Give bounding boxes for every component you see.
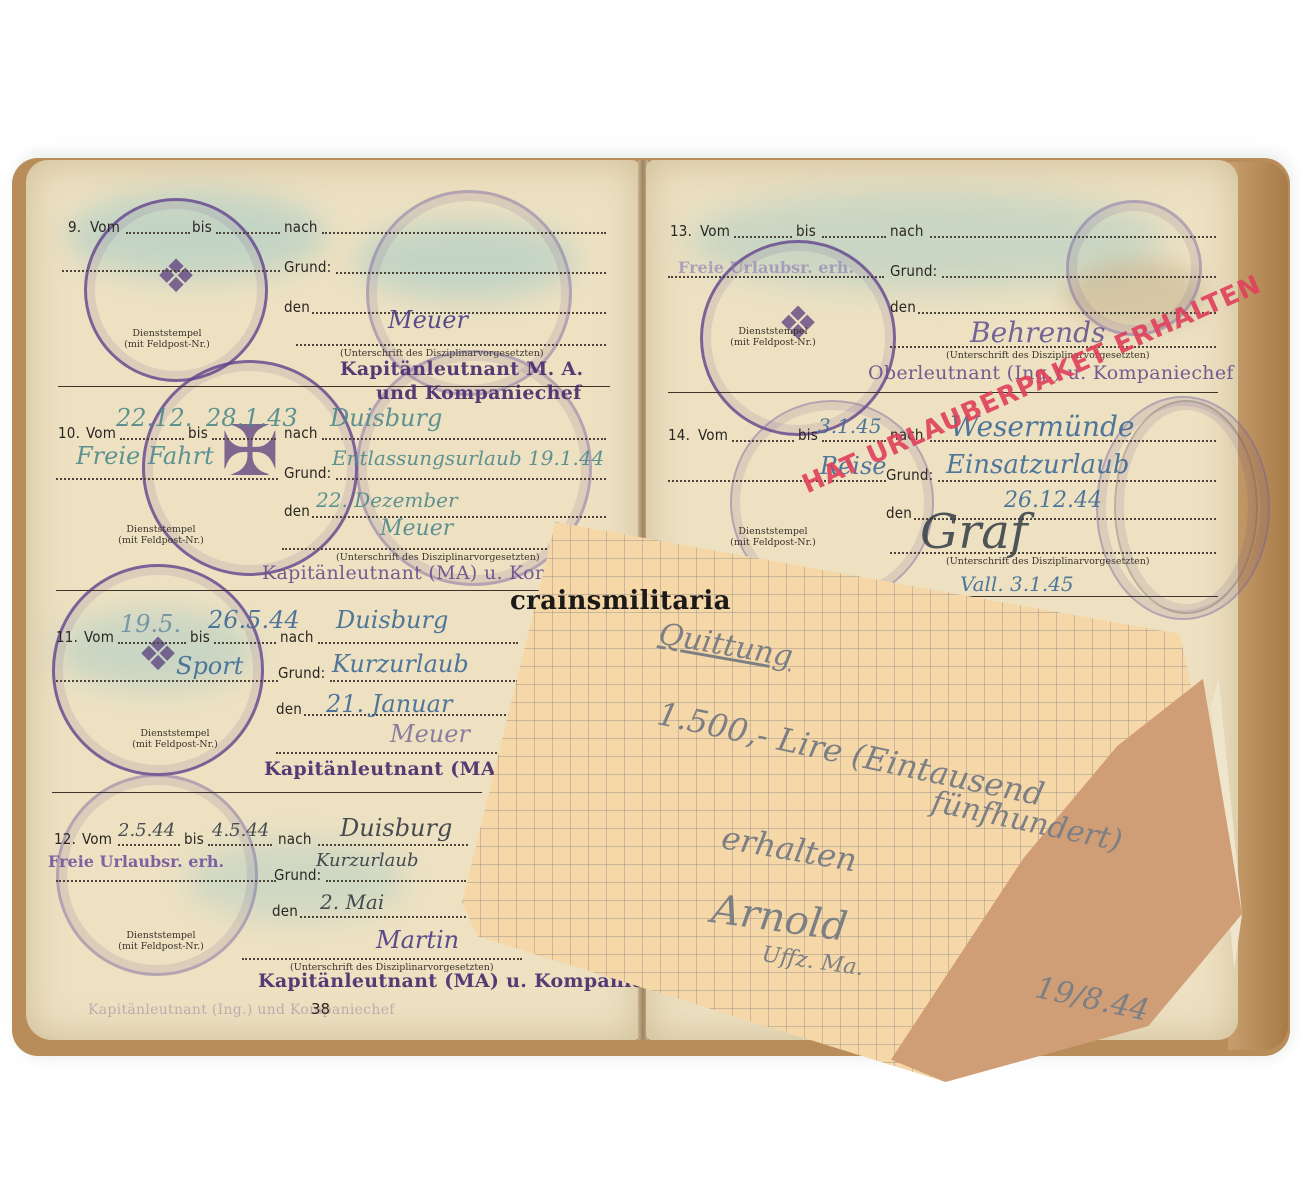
entry-12-vom-value: 2.5.44 — [118, 820, 175, 841]
entry-9-den-label: den — [284, 298, 310, 316]
entry-12-den-field — [300, 916, 466, 918]
entry-11-den-label: den — [276, 700, 302, 718]
entry-10-den-field — [312, 516, 606, 518]
entry-9-rank-stamp-line2: und Kompaniechef — [376, 382, 582, 404]
entry-9-grund-field — [336, 272, 606, 274]
entry-9-number: 9. — [68, 218, 81, 236]
entry-11-den-value: 21. Januar — [326, 690, 452, 718]
entry-14-den-label: den — [886, 504, 912, 522]
entry-12-stamp-caption: Dienststempel(mit Feldpost-Nr.) — [106, 930, 216, 952]
entry-12-bis-value: 4.5.44 — [212, 820, 269, 841]
entry-12-rank-stamp: Kapitänleutnant (MA) u. Kompaniechef — [258, 970, 691, 992]
entry-11-vom-field — [118, 642, 186, 644]
entry-10-signature-field — [282, 548, 606, 550]
entry-12-grund-value: Kurzurlaub — [316, 850, 419, 871]
entry-13-extra-stamp: Freie Urlaubsr. erh. — [678, 258, 854, 277]
faint-offset-stamp: Kapitänleutnant (Ing.) und Kompaniechef — [88, 1002, 395, 1018]
entry-10-vom-value: 22.12. — [116, 404, 192, 432]
entry-13-grund-field — [942, 276, 1216, 278]
entry-11-number: 11. — [56, 628, 78, 646]
entry-10-bis-field — [212, 438, 276, 440]
entry-13-signature-field — [890, 346, 1216, 348]
entry-11-rank-stamp: Kapitänleutnant (MA) u. Kompaniechef — [264, 758, 697, 780]
entry-10-nach-field — [322, 438, 606, 440]
entry-11-signature: Meuer — [390, 720, 470, 748]
entry-11-bis-field — [214, 642, 276, 644]
entry-10-stamp-caption: Dienststempel(mit Feldpost-Nr.) — [106, 524, 216, 546]
entry-14-vom-label: Vom — [698, 426, 728, 444]
entry-11-grund-field — [330, 680, 518, 682]
eagle-emblem-icon: ❖ — [155, 249, 196, 303]
entry-9-rank-stamp: Kapitänleutnant M. A. — [340, 358, 583, 380]
entry-14-signature-caption: (Unterschrift des Disziplinarvorgesetzte… — [946, 556, 1150, 567]
entry-14-vom-field — [732, 440, 794, 442]
entry-10-grund-label: Grund: — [284, 464, 331, 482]
entry-9-nach-field — [322, 232, 606, 234]
entry-10-number: 10. — [58, 424, 80, 442]
entry-12-extra-stamp: Freie Urlaubsr. erh. — [48, 852, 224, 871]
entry-9-extra-field — [62, 270, 280, 272]
page-number: 38 — [311, 1000, 330, 1018]
entry-13-grund-label: Grund: — [890, 262, 937, 280]
entry-14-bis-label: bis — [798, 426, 818, 444]
entry-12-grund-field — [326, 880, 466, 882]
entry-9-bis-label: bis — [192, 218, 212, 236]
entry-10-vom-field — [120, 438, 184, 440]
entry-10-vom-label: Vom — [86, 424, 116, 442]
entry-12-signature: Martin — [376, 926, 459, 954]
entry-9-signature-field — [296, 344, 606, 346]
entry-13-bis-label: bis — [796, 222, 816, 240]
entry-separator — [52, 792, 482, 793]
entry-11-extra-value: Sport — [176, 652, 243, 680]
entry-14-grund-label: Grund: — [886, 466, 933, 484]
entry-14-grund-value: Einsatzurlaub — [946, 450, 1129, 480]
entry-12-signature-field — [242, 958, 522, 960]
entry-11-vom-value: 19.5. — [120, 610, 181, 638]
entry-13-bis-field — [822, 236, 886, 238]
entry-12-vom-field — [118, 844, 180, 846]
entry-10-grund-value: Entlassungsurlaub 19.1.44 — [332, 446, 604, 470]
entry-12-den-label: den — [272, 902, 298, 920]
entry-11-nach-value: Duisburg — [336, 606, 448, 634]
entry-13-nach-label: nach — [890, 222, 924, 240]
entry-10-nach-value: Duisburg — [330, 404, 442, 432]
entry-9-nach-label: nach — [284, 218, 318, 236]
entry-11-grund-value: Kurzurlaub — [332, 650, 469, 678]
entry-14-stamp-caption: Dienststempel(mit Feldpost-Nr.) — [718, 526, 828, 548]
entry-13-extra-field — [668, 276, 884, 278]
entry-10-signature: Meuer — [380, 516, 453, 541]
entry-11-vom-label: Vom — [84, 628, 114, 646]
entry-10-rank-stamp: Kapitänleutnant (MA) u. Kompaniechef — [262, 562, 650, 584]
right-page: ❖ — [646, 160, 1238, 1040]
entry-separator — [668, 392, 1218, 393]
entry-12-number: 12. — [54, 830, 76, 848]
entry-10-extra-value: Freie Fahrt — [76, 442, 214, 470]
entry-10-den-label: den — [284, 502, 310, 520]
entry-12-extra-field — [56, 880, 276, 882]
entry-12-grund-label: Grund: — [274, 866, 321, 884]
entry-10-extra-field — [56, 478, 278, 480]
entry-13-vom-field — [734, 236, 792, 238]
entry-12-den-value: 2. Mai — [320, 890, 384, 914]
entry-12-vom-label: Vom — [82, 830, 112, 848]
entry-11-extra-field — [56, 680, 278, 682]
official-stamp — [1114, 400, 1258, 614]
entry-12-bis-label: bis — [184, 830, 204, 848]
entry-14-bis-value: 3.1.45 — [818, 414, 882, 438]
entry-11-stamp-caption: Dienststempel(mit Feldpost-Nr.) — [120, 728, 230, 750]
entry-11-bis-label: bis — [190, 628, 210, 646]
entry-10-den-value: 22. Dezember — [316, 488, 458, 512]
entry-13-stamp-caption: Dienststempel(mit Feldpost-Nr.) — [718, 326, 828, 348]
entry-14-validation-note: Vall. 3.1.45 — [960, 572, 1074, 596]
entry-9-bis-field — [216, 232, 280, 234]
entry-10-bis-label: bis — [188, 424, 208, 442]
entry-9-vom-label: Vom — [90, 218, 120, 236]
entry-14-number: 14. — [668, 426, 690, 444]
entry-11-nach-field — [318, 642, 518, 644]
entry-10-grund-field — [336, 478, 606, 480]
entry-13-nach-field — [930, 236, 1216, 238]
entry-9-grund-label: Grund: — [284, 258, 331, 276]
entry-12-nach-field — [318, 844, 468, 846]
entry-13-vom-label: Vom — [700, 222, 730, 240]
entry-9-vom-field — [126, 232, 190, 234]
entry-12-nach-label: nach — [278, 830, 312, 848]
entry-13-den-label: den — [890, 298, 916, 316]
entry-13-number: 13. — [670, 222, 692, 240]
entry-11-signature-field — [276, 752, 516, 754]
entry-10-nach-label: nach — [284, 424, 318, 442]
entry-12-bis-field — [208, 844, 272, 846]
entry-11-grund-label: Grund: — [278, 664, 325, 682]
watermark: crainsmilitaria — [510, 586, 731, 616]
entry-11-nach-label: nach — [280, 628, 314, 646]
entry-12-nach-value: Duisburg — [340, 814, 452, 842]
entry-9-signature: Meuer — [388, 306, 468, 334]
entry-9-stamp-caption: Dienststempel(mit Feldpost-Nr.) — [112, 328, 222, 350]
